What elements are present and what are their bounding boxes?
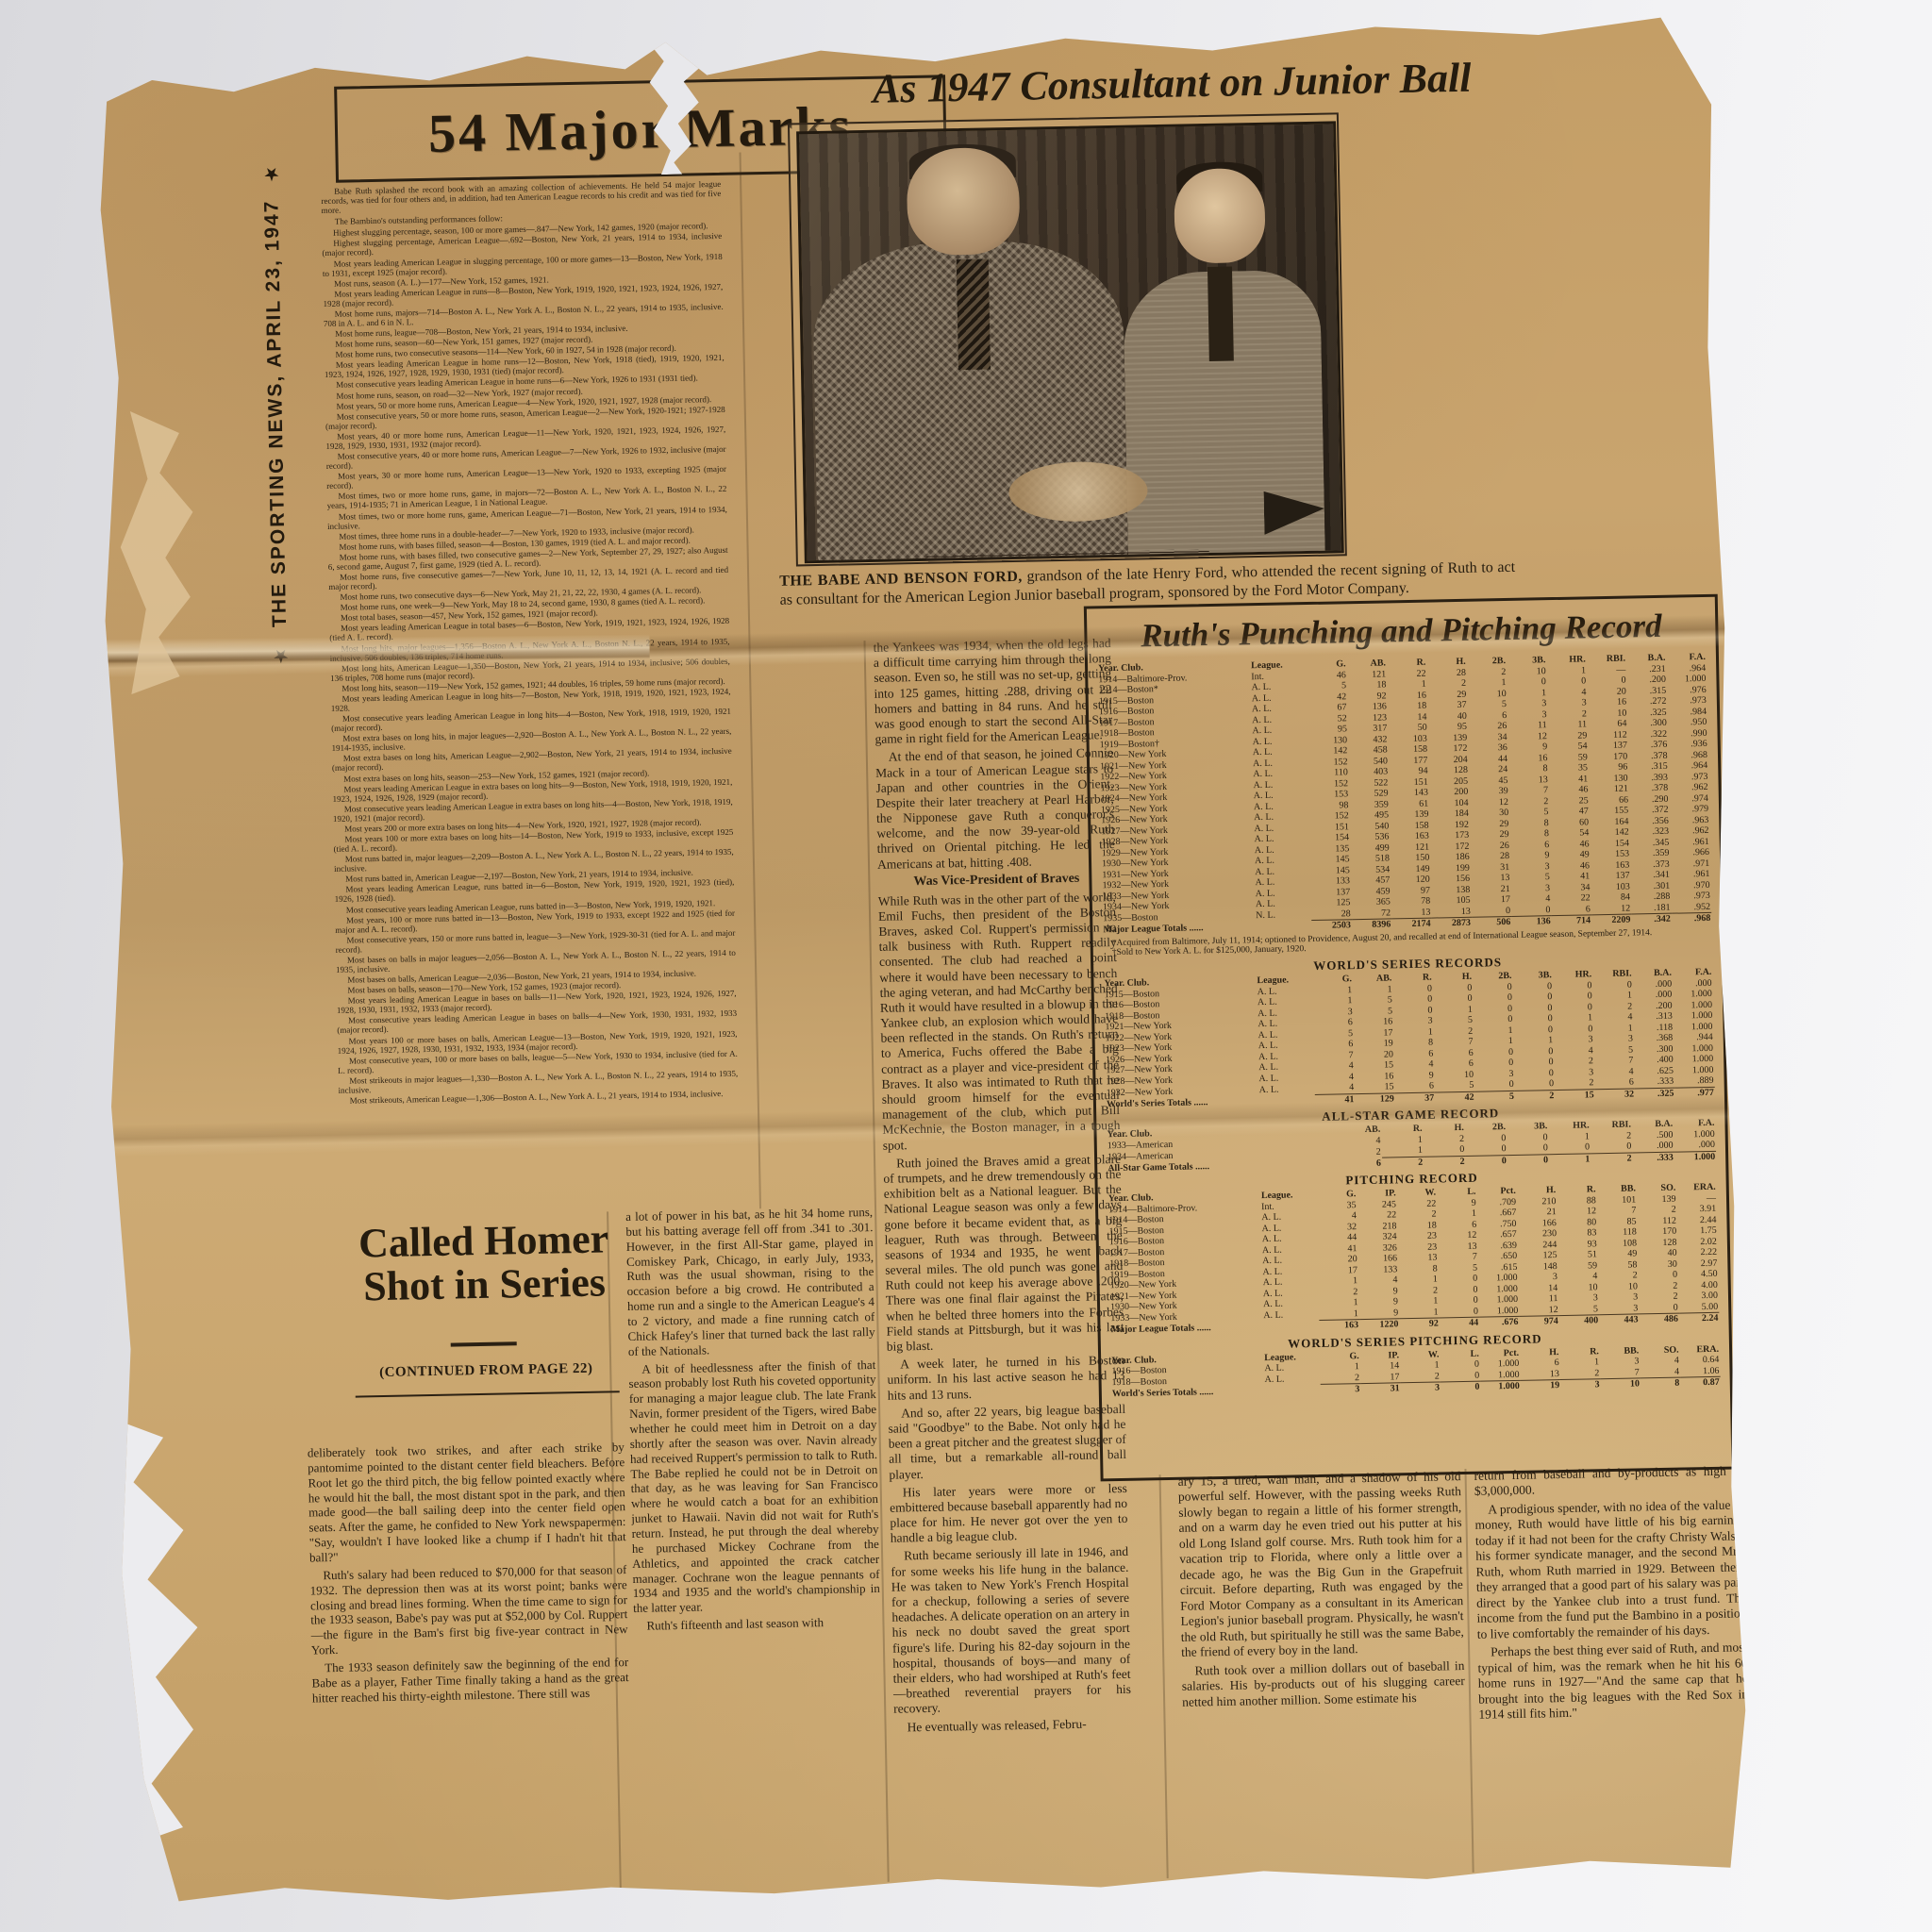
table-cell: 7 xyxy=(1509,785,1550,796)
table-cell: 40 xyxy=(1427,710,1468,722)
table-cell: .970 xyxy=(1671,879,1711,891)
table-cell: .393 xyxy=(1628,772,1669,783)
article-column-1: deliberately took two strikes, and after… xyxy=(308,1440,633,1889)
table-cell: 17 xyxy=(1471,894,1511,906)
table-cell: Major League Totals ...... xyxy=(1102,922,1250,936)
table-cell: 19 xyxy=(1354,1039,1394,1050)
table-cell: 4 xyxy=(1314,1061,1355,1073)
table-cell: .378 xyxy=(1629,783,1670,794)
table-cell: 13 xyxy=(1438,1241,1478,1253)
table-cell: 0 xyxy=(1473,982,1513,993)
paragraph: A prodigious spender, with no idea of th… xyxy=(1474,1497,1747,1642)
table-cell: 21 xyxy=(1471,883,1511,894)
table-cell: 326 xyxy=(1357,1242,1398,1254)
table-cell: 17 xyxy=(1360,1372,1401,1384)
table-cell: 6 xyxy=(1314,1040,1355,1051)
table-cell: RBI. xyxy=(1591,1120,1632,1131)
table-cell: 145 xyxy=(1310,865,1351,876)
table-cell: 200 xyxy=(1429,787,1470,798)
table-cell: .288 xyxy=(1631,891,1672,903)
table-cell: 163 xyxy=(1320,1320,1360,1332)
benson-ford-face xyxy=(1174,168,1266,263)
table-cell: 1 xyxy=(1547,665,1588,676)
table-cell: 0 xyxy=(1465,1143,1507,1156)
table-cell: 1 xyxy=(1381,1135,1423,1146)
table-cell: 45 xyxy=(1469,774,1509,786)
table-cell: 46 xyxy=(1551,860,1591,872)
table-cell: 41 xyxy=(1549,774,1590,785)
table-cell: 22 xyxy=(1387,668,1427,679)
paragraph: Ruth's salary had been reduced to $70,00… xyxy=(309,1562,628,1658)
table-cell: 44 xyxy=(1469,753,1509,764)
table-cell: 19 xyxy=(1521,1380,1561,1392)
table-cell: 1.75 xyxy=(1677,1225,1718,1237)
table-cell: .657 xyxy=(1477,1229,1518,1241)
table-cell: 136 xyxy=(1347,701,1388,712)
table-cell: 0 xyxy=(1474,1004,1514,1015)
table-cell: 9 xyxy=(1358,1286,1399,1297)
table-cell: 20 xyxy=(1587,686,1627,697)
table-cell: 46 xyxy=(1549,784,1590,795)
table-cell: 1 xyxy=(1393,1026,1434,1038)
table-cell: 1 xyxy=(1387,679,1427,691)
table-cell: 3 xyxy=(1321,1384,1361,1396)
table-cell: .325 xyxy=(1635,1088,1675,1100)
table-cell: 443 xyxy=(1599,1314,1640,1326)
table-cell: .315 xyxy=(1627,685,1668,696)
table-cell: 1.000 xyxy=(1480,1381,1521,1393)
table-cell: 0 xyxy=(1441,1371,1481,1383)
table-cell: 32 xyxy=(1318,1222,1358,1233)
table-cell: 125 xyxy=(1311,897,1352,908)
table-cell: World's Series Totals ...... xyxy=(1111,1386,1259,1400)
table-cell: 432 xyxy=(1348,734,1389,745)
table-cell: H. xyxy=(1520,1347,1560,1358)
table-cell: 30 xyxy=(1638,1258,1678,1270)
table-cell: 13 xyxy=(1471,873,1511,884)
table-cell: 0 xyxy=(1587,675,1627,687)
table-cell: .356 xyxy=(1629,815,1670,826)
table-cell: 2B. xyxy=(1473,971,1513,982)
table-cell: 1.000 xyxy=(1673,1000,1713,1011)
paragraph: Ruth took over a million dollars out of … xyxy=(1181,1658,1465,1710)
table-cell: IP. xyxy=(1357,1189,1397,1200)
table-cell: 9 xyxy=(1359,1307,1400,1320)
table-cell: .376 xyxy=(1628,740,1669,751)
table-cell: 5 xyxy=(1439,1263,1479,1274)
table-cell: 163 xyxy=(1591,859,1631,871)
table-cell: 60 xyxy=(1550,817,1591,828)
table-cell: 98 xyxy=(1309,800,1350,811)
table-cell: .709 xyxy=(1477,1197,1518,1208)
table-cell: W. xyxy=(1397,1188,1438,1199)
table-cell: 1.000 xyxy=(1478,1284,1519,1295)
table-cell: 121 xyxy=(1589,784,1629,795)
table-cell: .936 xyxy=(1668,739,1708,750)
table-cell: 3B. xyxy=(1512,970,1553,981)
table-cell: 3 xyxy=(1507,709,1548,721)
table-cell: IP. xyxy=(1360,1350,1401,1361)
table-cell: 4 xyxy=(1340,1135,1381,1146)
table-cell: 1 xyxy=(1560,1357,1601,1369)
table-cell: 1 xyxy=(1437,1208,1477,1220)
photo-backdrop: ★ THE SPORTING NEWS, APRIL 23, 1947 ★ 54… xyxy=(0,0,1932,1932)
table-cell: .964 xyxy=(1669,760,1709,772)
table-cell: 136 xyxy=(1511,916,1552,928)
table-cell: H. xyxy=(1517,1185,1557,1196)
table-cell: 30 xyxy=(1470,808,1510,819)
table-cell: 1 xyxy=(1400,1360,1441,1372)
table-cell: 54 xyxy=(1550,827,1591,839)
table-cell: 199 xyxy=(1430,862,1471,874)
table-cell: 128 xyxy=(1638,1237,1678,1248)
table-cell: 133 xyxy=(1358,1264,1399,1275)
table-cell: — xyxy=(1676,1193,1717,1205)
table-cell: 40 xyxy=(1638,1248,1678,1259)
table-cell: G. xyxy=(1317,1189,1357,1200)
table-cell: 324 xyxy=(1357,1232,1398,1243)
table-cell: 2 xyxy=(1555,1078,1595,1091)
table-cell: 192 xyxy=(1430,819,1471,830)
table-cell: 6 xyxy=(1434,1058,1474,1070)
table-cell: 1 xyxy=(1313,996,1354,1008)
table-cell: 0 xyxy=(1439,1274,1479,1285)
table-cell: 230 xyxy=(1518,1228,1558,1240)
table-cell xyxy=(1257,1321,1319,1333)
table-cell: 13 xyxy=(1398,1253,1439,1264)
table-cell: 9 xyxy=(1508,741,1549,753)
table-cell: .976 xyxy=(1667,684,1707,695)
table-cell: 4 xyxy=(1593,1012,1634,1024)
table-cell: 29 xyxy=(1470,829,1510,841)
table-cell: 6 xyxy=(1434,1048,1474,1059)
table-cell: 80 xyxy=(1557,1217,1598,1228)
table-cell: 3 xyxy=(1600,1357,1641,1368)
table-cell: 3 xyxy=(1401,1382,1441,1394)
table-cell: .500 xyxy=(1632,1130,1674,1141)
paragraph: At the end of that season, he joined Con… xyxy=(875,745,1115,872)
table-cell: 41 xyxy=(1315,1094,1356,1107)
table-cell: .345 xyxy=(1630,837,1671,848)
table-cell: 166 xyxy=(1358,1254,1399,1265)
table-cell: 1.000 xyxy=(1479,1294,1520,1306)
table-cell: .322 xyxy=(1628,728,1669,740)
table-cell: 0 xyxy=(1465,1155,1507,1167)
table-cell: 540 xyxy=(1350,821,1391,832)
paragraph: Ruth's fifteenth and last season with xyxy=(633,1614,880,1634)
paragraph: A week later, he turned in his Boston un… xyxy=(887,1353,1125,1403)
table-cell: 0 xyxy=(1392,983,1433,994)
table-cell: 400 xyxy=(1559,1315,1600,1327)
homer-headline: Called Homer Shot in Series xyxy=(346,1217,622,1309)
table-cell: 2 xyxy=(1547,708,1588,720)
headline-divider xyxy=(451,1341,517,1346)
table-cell: L. xyxy=(1437,1187,1477,1198)
table-cell: 3 xyxy=(1519,1272,1559,1283)
table-cell: 1 xyxy=(1593,991,1634,1002)
table-cell: B.A. xyxy=(1626,653,1667,664)
table-cell: 153 xyxy=(1309,789,1350,800)
table-cell: R. xyxy=(1381,1124,1423,1135)
table-cell: .639 xyxy=(1477,1241,1518,1252)
table-cell: 14 xyxy=(1388,711,1428,723)
table-cell: 8396 xyxy=(1352,919,1392,931)
table-cell: H. xyxy=(1423,1123,1464,1134)
table-cell: 8 xyxy=(1641,1377,1681,1390)
table-cell: 2 xyxy=(1400,1371,1441,1383)
paragraph: return from baseball and by-products as … xyxy=(1474,1463,1744,1499)
table-cell: Pct. xyxy=(1480,1348,1521,1359)
table-cell: 1 xyxy=(1319,1308,1359,1321)
table-cell: 2.97 xyxy=(1678,1258,1719,1270)
table-cell: .400 xyxy=(1634,1055,1674,1066)
table-cell: 12 xyxy=(1591,903,1632,915)
table-cell: 15 xyxy=(1555,1090,1595,1102)
table-cell: 1 xyxy=(1398,1274,1439,1286)
table-cell: 1.000 xyxy=(1674,1043,1714,1055)
table-cell: .300 xyxy=(1634,1044,1674,1056)
table-cell: 37 xyxy=(1395,1092,1436,1105)
table-cell: 518 xyxy=(1350,853,1391,864)
table-cell: 108 xyxy=(1598,1238,1639,1249)
table-cell: .323 xyxy=(1630,826,1671,838)
table-cell: 4 xyxy=(1317,1210,1357,1222)
table-cell: 32 xyxy=(1595,1089,1636,1101)
masthead-vertical: ★ THE SPORTING NEWS, APRIL 23, 1947 ★ xyxy=(259,137,292,665)
table-cell: 6 xyxy=(1510,840,1551,851)
table-cell: 3 xyxy=(1593,1034,1634,1045)
table-cell: 151 xyxy=(1389,776,1429,788)
table-cell: 1 xyxy=(1549,1154,1591,1166)
table-cell: 149 xyxy=(1391,863,1431,874)
table-cell: 130 xyxy=(1308,735,1349,746)
table-cell: 39 xyxy=(1469,786,1509,797)
table-cell: 0 xyxy=(1513,1013,1554,1024)
table-cell: 16 xyxy=(1354,1017,1394,1028)
table-cell: 5 xyxy=(1510,872,1551,883)
table-cell: 2 xyxy=(1560,1368,1601,1380)
table-cell: .973 xyxy=(1669,771,1709,782)
table-cell: 0 xyxy=(1515,1078,1556,1091)
table-cell: 5 xyxy=(1559,1304,1600,1316)
table-cell: .272 xyxy=(1627,696,1668,708)
table-cell: 110 xyxy=(1308,767,1349,778)
table-cell: 133 xyxy=(1311,875,1352,887)
table-cell: 8 xyxy=(1509,828,1550,840)
table-cell: 64 xyxy=(1588,719,1628,730)
table-cell: .950 xyxy=(1668,717,1708,728)
table-cell: 540 xyxy=(1348,756,1389,767)
batting-record-table: Year. Club.League.G.AB.R.H.2B.3B.HR.RBI.… xyxy=(1097,652,1711,936)
table-cell: .977 xyxy=(1674,1087,1715,1099)
table-cell: .979 xyxy=(1670,804,1710,815)
table-cell: 2 xyxy=(1424,1156,1466,1168)
braves-subhead: Was Vice-President of Braves xyxy=(877,871,1115,891)
table-cell: 52 xyxy=(1307,713,1348,724)
record-box-title: Ruth's Punching and Pitching Record xyxy=(1096,607,1707,656)
table-cell: .971 xyxy=(1671,858,1711,869)
table-cell: 7 xyxy=(1594,1056,1635,1067)
table-cell: .000 xyxy=(1674,1140,1717,1152)
table-cell: .968 xyxy=(1668,749,1708,760)
table-cell: G. xyxy=(1313,974,1354,986)
table-cell: 0 xyxy=(1472,905,1512,917)
table-cell: 49 xyxy=(1598,1249,1639,1260)
paragraph: Perhaps the best thing ever said of Ruth… xyxy=(1477,1640,1749,1723)
paragraph: While Ruth was in the other part of the … xyxy=(878,890,1121,1154)
records-intro: Babe Ruth splashed the record book with … xyxy=(321,179,722,226)
table-cell: 29 xyxy=(1427,689,1468,700)
table-cell: 2 xyxy=(1467,666,1507,677)
table-cell: 486 xyxy=(1640,1313,1680,1325)
table-cell: 1.000 xyxy=(1674,1054,1715,1065)
table-cell: 6 xyxy=(1438,1220,1478,1231)
table-cell: 4 xyxy=(1640,1356,1680,1367)
table-cell: 2 xyxy=(1591,1153,1633,1165)
table-cell: 121 xyxy=(1347,669,1388,680)
benson-ford-tie xyxy=(1207,267,1233,361)
table-cell: 0 xyxy=(1553,991,1593,1003)
table-cell: 1.000 xyxy=(1673,989,1713,1000)
table-cell: 15 xyxy=(1355,1082,1395,1094)
table-cell: — xyxy=(1587,664,1627,675)
table-cell: 0 xyxy=(1511,905,1552,917)
table-cell: 21 xyxy=(1517,1207,1557,1218)
table-cell: BB. xyxy=(1600,1345,1641,1357)
table-cell: 101 xyxy=(1597,1194,1638,1206)
table-cell: 0 xyxy=(1474,1014,1514,1025)
table-cell: R. xyxy=(1392,973,1433,984)
table-cell: 0 xyxy=(1553,1002,1593,1013)
table-cell: 7 xyxy=(1438,1252,1478,1263)
table-cell: 1 xyxy=(1474,1036,1514,1047)
table-cell: 121 xyxy=(1391,841,1431,853)
table-cell: 457 xyxy=(1351,874,1391,886)
table-cell: 3 xyxy=(1507,698,1548,709)
table-cell: .290 xyxy=(1629,793,1670,805)
table-cell: 118 xyxy=(1597,1227,1638,1239)
table-cell: 6 xyxy=(1594,1077,1635,1090)
worlds-series-table: Year. Club.League.G.AB.R.H.2B.3B.HR.RBI.… xyxy=(1103,967,1715,1109)
table-cell: 130 xyxy=(1589,773,1629,784)
table-cell: 1 xyxy=(1313,985,1354,996)
table-cell: 1.000 xyxy=(1479,1306,1520,1318)
table-cell: 1 xyxy=(1399,1307,1440,1319)
table-cell: .000 xyxy=(1632,1141,1674,1153)
table-cell: 152 xyxy=(1309,778,1350,790)
table-cell: .750 xyxy=(1477,1219,1518,1230)
photo-babe-ruth-and-benson-ford xyxy=(796,121,1344,563)
table-cell: 10 xyxy=(1600,1378,1641,1391)
table-cell: 148 xyxy=(1518,1261,1558,1273)
table-cell: 51 xyxy=(1557,1250,1598,1261)
table-cell: 3 xyxy=(1558,1293,1599,1305)
table-cell: 1 xyxy=(1554,1013,1594,1024)
table-cell: 2 xyxy=(1639,1291,1679,1303)
table-cell: 164 xyxy=(1590,816,1630,827)
table-cell: .000 xyxy=(1633,990,1674,1001)
table-cell: 0 xyxy=(1547,675,1588,687)
table-cell: 186 xyxy=(1430,852,1471,863)
table-cell: 317 xyxy=(1348,723,1389,734)
table-cell: 173 xyxy=(1430,830,1471,841)
table-cell: AB. xyxy=(1340,1124,1381,1136)
table-cell: 35 xyxy=(1549,762,1590,774)
table-cell: 105 xyxy=(1431,895,1472,907)
table-cell: 0 xyxy=(1474,1058,1515,1069)
table-cell: 129 xyxy=(1355,1093,1395,1106)
table-cell: 0 xyxy=(1439,1307,1479,1319)
table-cell: 459 xyxy=(1351,886,1391,897)
records-list: Highest slugging percentage, season, 100… xyxy=(322,221,739,1106)
table-cell: 9 xyxy=(1358,1297,1399,1308)
table-cell: 1 xyxy=(1514,1035,1555,1046)
table-cell: 0 xyxy=(1639,1302,1679,1314)
table-cell: 0 xyxy=(1424,1144,1466,1157)
table-cell: 17 xyxy=(1318,1265,1358,1276)
table-cell: 150 xyxy=(1391,853,1431,864)
table-cell: .000 xyxy=(1633,979,1674,991)
consultant-headline: As 1947 Consultant on Junior Ball xyxy=(747,51,1597,115)
table-cell: 3 xyxy=(1599,1292,1640,1304)
table-cell: R. xyxy=(1387,658,1427,669)
table-cell: 94 xyxy=(1389,766,1429,777)
table-cell: 31 xyxy=(1471,861,1511,873)
table-cell: 7 xyxy=(1597,1206,1638,1217)
paragraph: ary 15, a tired, wan man, and a shadow o… xyxy=(1178,1469,1465,1660)
table-cell: Pct. xyxy=(1476,1186,1517,1197)
table-cell: 1.000 xyxy=(1478,1273,1519,1284)
table-cell: 59 xyxy=(1558,1260,1599,1272)
table-cell: 5 xyxy=(1509,807,1550,818)
table-cell: 536 xyxy=(1350,831,1391,842)
table-cell: 506 xyxy=(1472,916,1512,928)
table-cell: 14 xyxy=(1360,1361,1401,1373)
table-cell: 4 xyxy=(1358,1275,1399,1287)
table-cell: 16 xyxy=(1355,1071,1395,1082)
table-cell: 6 xyxy=(1313,1018,1354,1029)
table-cell: 2 xyxy=(1397,1209,1438,1221)
table-cell: 4 xyxy=(1394,1059,1435,1071)
table-cell: 499 xyxy=(1350,842,1391,854)
table-cell: G. xyxy=(1307,658,1347,670)
table-cell: 143 xyxy=(1389,788,1429,799)
table-cell: 22 xyxy=(1357,1210,1398,1222)
continued-note: (CONTINUED FROM PAGE 22) xyxy=(349,1360,623,1382)
table-cell: ERA. xyxy=(1680,1344,1721,1356)
table-cell: 0 xyxy=(1513,1003,1554,1014)
babe-ruth-face xyxy=(907,147,1021,256)
table-cell: 2873 xyxy=(1432,917,1473,929)
table-cell: .615 xyxy=(1478,1262,1519,1274)
table-cell: 61 xyxy=(1390,798,1430,809)
table-cell: 7 xyxy=(1434,1037,1474,1048)
table-cell: F.A. xyxy=(1674,1118,1715,1129)
table-cell: 44 xyxy=(1318,1232,1358,1243)
table-cell: 2503 xyxy=(1311,920,1352,932)
table-cell: 8 xyxy=(1509,818,1550,829)
table-cell: 1 xyxy=(1382,1145,1424,1158)
table-cell: 67 xyxy=(1307,702,1348,713)
paper-tear xyxy=(97,635,649,664)
table-cell: .372 xyxy=(1629,805,1670,816)
table-cell: .181 xyxy=(1631,902,1672,914)
table-cell: .961 xyxy=(1670,836,1710,847)
table-cell: 2 xyxy=(1382,1157,1424,1169)
table-cell: 0 xyxy=(1474,1079,1515,1091)
table-cell: 6 xyxy=(1520,1357,1560,1369)
table-cell: 0 xyxy=(1441,1382,1481,1394)
